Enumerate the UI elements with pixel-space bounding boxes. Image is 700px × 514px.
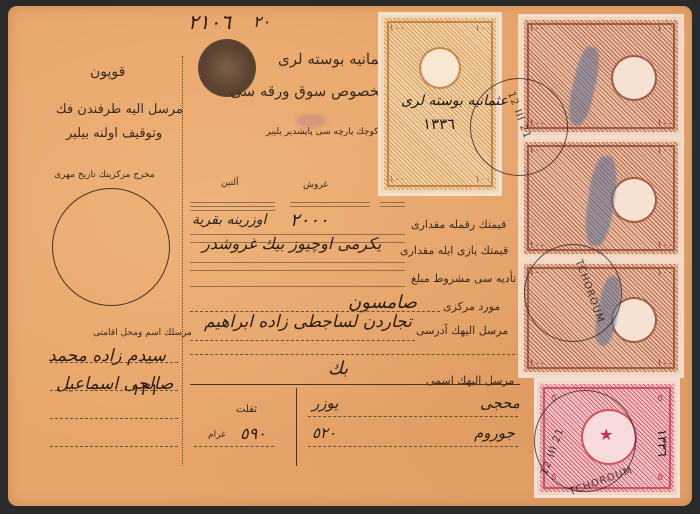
parcel-post-card: ٢١٠٦ ٢٠ قوپون مرسل اليه طرفندن فك وتوقيف… [8, 6, 692, 506]
field-value-destination: صامسون [348, 292, 417, 313]
bottom-col1-top: يوزر [312, 394, 338, 412]
field-value-amount-words: يكرمى اوچيوز بيك غروشدر [202, 234, 381, 253]
field-label-amount-figures: قيمتك رقمله مقدارى [411, 218, 506, 231]
field-value-amount-figures: ٢٠٠٠ [290, 210, 329, 231]
field-label-recipient-name: مرسل اليهك اسمى [426, 374, 514, 387]
bottom-col2-bottom: جوروم [474, 424, 515, 442]
sender-label: مرسلك اسم ومحل اقامتى [93, 328, 192, 338]
field-label-conditional-amount: تأديه سى مشروط مبلغ [411, 272, 516, 285]
coupon-stamp-caption: مخرج مركزينك تاريخ مهرى [54, 170, 155, 180]
field-label-destination: مورد مركزى [443, 300, 500, 313]
bottom-col2-top: محجى [480, 394, 520, 412]
coupon-title: قوپون [90, 64, 125, 80]
stamp-denomination: ١٠٠ [389, 23, 405, 34]
date-stamp-circle [52, 188, 170, 306]
bottom-col1-bottom: ٥٢٠ [312, 424, 336, 442]
field-value-amount-extra: اوزرينه بقرية [192, 212, 266, 228]
postmark-middle [524, 244, 622, 342]
coupon-line2: وتوقيف اولنه بيلير [66, 126, 162, 141]
field-value-recipient-address: تجاردن لساجطى زاده ابراهيم [204, 312, 412, 332]
red-stamp-overprint: ١٣٣٦ [654, 429, 669, 457]
coupon-line1: مرسل اليه طرفندن فك [56, 102, 183, 117]
field-value-recipient-name: بك [328, 358, 348, 379]
top-handwritten-number: ٢١٠٦ [188, 10, 231, 34]
top-handwritten-mark: ٢٠ [253, 12, 270, 31]
field-label-recipient-address: مرسل اليهك آدرسى [416, 324, 508, 337]
column-header-kurus: غروش [303, 180, 328, 190]
weight-unit: غرام [208, 430, 226, 440]
column-header-altin: آلتين [221, 178, 239, 188]
violet-mark [296, 114, 326, 128]
sender-name-handwriting: سيدم زاده محمد [48, 346, 166, 366]
coupon-perforation [182, 56, 183, 466]
header-note: كوچك پارچه سى پاپشدير يليير [266, 127, 378, 137]
stamp-overprint-year: ١٣٣٦ [423, 115, 455, 133]
weight-value: ٥٩٠ [240, 424, 266, 443]
field-label-amount-words: قيمتك يازى ايله مقدارى [400, 244, 508, 257]
weight-label: ثقلت [236, 404, 257, 415]
